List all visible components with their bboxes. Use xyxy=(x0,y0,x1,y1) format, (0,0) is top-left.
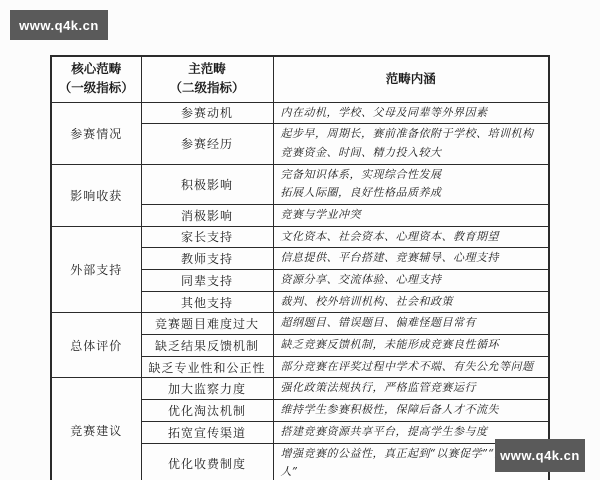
sub-category-cell: 其他支持 xyxy=(141,291,273,313)
sub-category-cell: 缺乏专业性和公正性 xyxy=(141,356,273,378)
table-row: 竞赛建议 加大监察力度 强化政策法规执行，严格监管竞赛运行 xyxy=(51,378,549,400)
indicator-table: 核心范畴 （一级指标） 主范畴 （二级指标） 范畴内涵 参赛情况 参赛动机 内在… xyxy=(50,55,550,480)
content-cell: 内在动机，学校、父母及同辈等外界因素 xyxy=(273,102,549,124)
sub-category-cell: 教师支持 xyxy=(141,248,273,270)
header-row: 核心范畴 （一级指标） 主范畴 （二级指标） 范畴内涵 xyxy=(51,56,549,102)
sub-category-cell: 优化淘汰机制 xyxy=(141,400,273,422)
category-cell: 竞赛建议 xyxy=(51,378,141,480)
header-core-category: 核心范畴 （一级指标） xyxy=(51,56,141,102)
header-main-category: 主范畴 （二级指标） xyxy=(141,56,273,102)
sub-category-cell: 加大监察力度 xyxy=(141,378,273,400)
content-cell: 信息提供、平台搭建、竞赛辅导、心理支持 xyxy=(273,248,549,270)
header-category-content: 范畴内涵 xyxy=(273,56,549,102)
content-cell: 文化资本、社会资本、心理资本、教育期望 xyxy=(273,226,549,248)
table-body: 参赛情况 参赛动机 内在动机，学校、父母及同辈等外界因素 参赛经历 起步早，周期… xyxy=(51,102,549,480)
sub-category-cell: 消极影响 xyxy=(141,204,273,226)
table-row: 总体评价 竞赛题目难度过大 超纲题目、错误题目、偏难怪题目常有 xyxy=(51,313,549,335)
content-cell: 缺乏竞赛反馈机制，未能形成竞赛良性循环 xyxy=(273,335,549,357)
sub-category-cell: 参赛动机 xyxy=(141,102,273,124)
content-cell: 完备知识体系，实现综合性发展 拓展人际圈，良好性格品质养成 xyxy=(273,164,549,204)
category-cell: 总体评价 xyxy=(51,313,141,378)
table-header: 核心范畴 （一级指标） 主范畴 （二级指标） 范畴内涵 xyxy=(51,56,549,102)
sub-category-cell: 家长支持 xyxy=(141,226,273,248)
watermark-top-left: www.q4k.cn xyxy=(10,10,108,40)
category-cell: 外部支持 xyxy=(51,226,141,313)
scanned-document-page: { "watermarks": { "top": "www.q4k.cn", "… xyxy=(0,0,600,480)
content-cell: 裁判、校外培训机构、社会和政策 xyxy=(273,291,549,313)
sub-category-cell: 积极影响 xyxy=(141,164,273,204)
content-cell: 强化政策法规执行，严格监管竞赛运行 xyxy=(273,378,549,400)
category-cell: 影响收获 xyxy=(51,164,141,226)
category-cell: 参赛情况 xyxy=(51,102,141,164)
content-cell: 竞赛与学业冲突 xyxy=(273,204,549,226)
table-row: 影响收获 积极影响 完备知识体系，实现综合性发展 拓展人际圈，良好性格品质养成 xyxy=(51,164,549,204)
table-row: 参赛情况 参赛动机 内在动机，学校、父母及同辈等外界因素 xyxy=(51,102,549,124)
sub-category-cell: 缺乏结果反馈机制 xyxy=(141,335,273,357)
watermark-bottom-right: www.q4k.cn xyxy=(495,439,585,472)
sub-category-cell: 优化收费制度 xyxy=(141,443,273,480)
sub-category-cell: 拓宽宣传渠道 xyxy=(141,421,273,443)
content-cell: 超纲题目、错误题目、偏难怪题目常有 xyxy=(273,313,549,335)
content-cell: 起步早，周期长，赛前准备依附于学校、培训机构 竞赛资金、时间、精力投入较大 xyxy=(273,124,549,164)
content-cell: 维持学生参赛积极性，保障后备人才不流失 xyxy=(273,400,549,422)
sub-category-cell: 参赛经历 xyxy=(141,124,273,164)
content-cell: 部分竞赛在评奖过程中学术不端、有失公允等问题 xyxy=(273,356,549,378)
sub-category-cell: 同辈支持 xyxy=(141,270,273,292)
table-row: 外部支持 家长支持 文化资本、社会资本、心理资本、教育期望 xyxy=(51,226,549,248)
sub-category-cell: 竞赛题目难度过大 xyxy=(141,313,273,335)
content-cell: 资源分享、交流体验、心理支持 xyxy=(273,270,549,292)
